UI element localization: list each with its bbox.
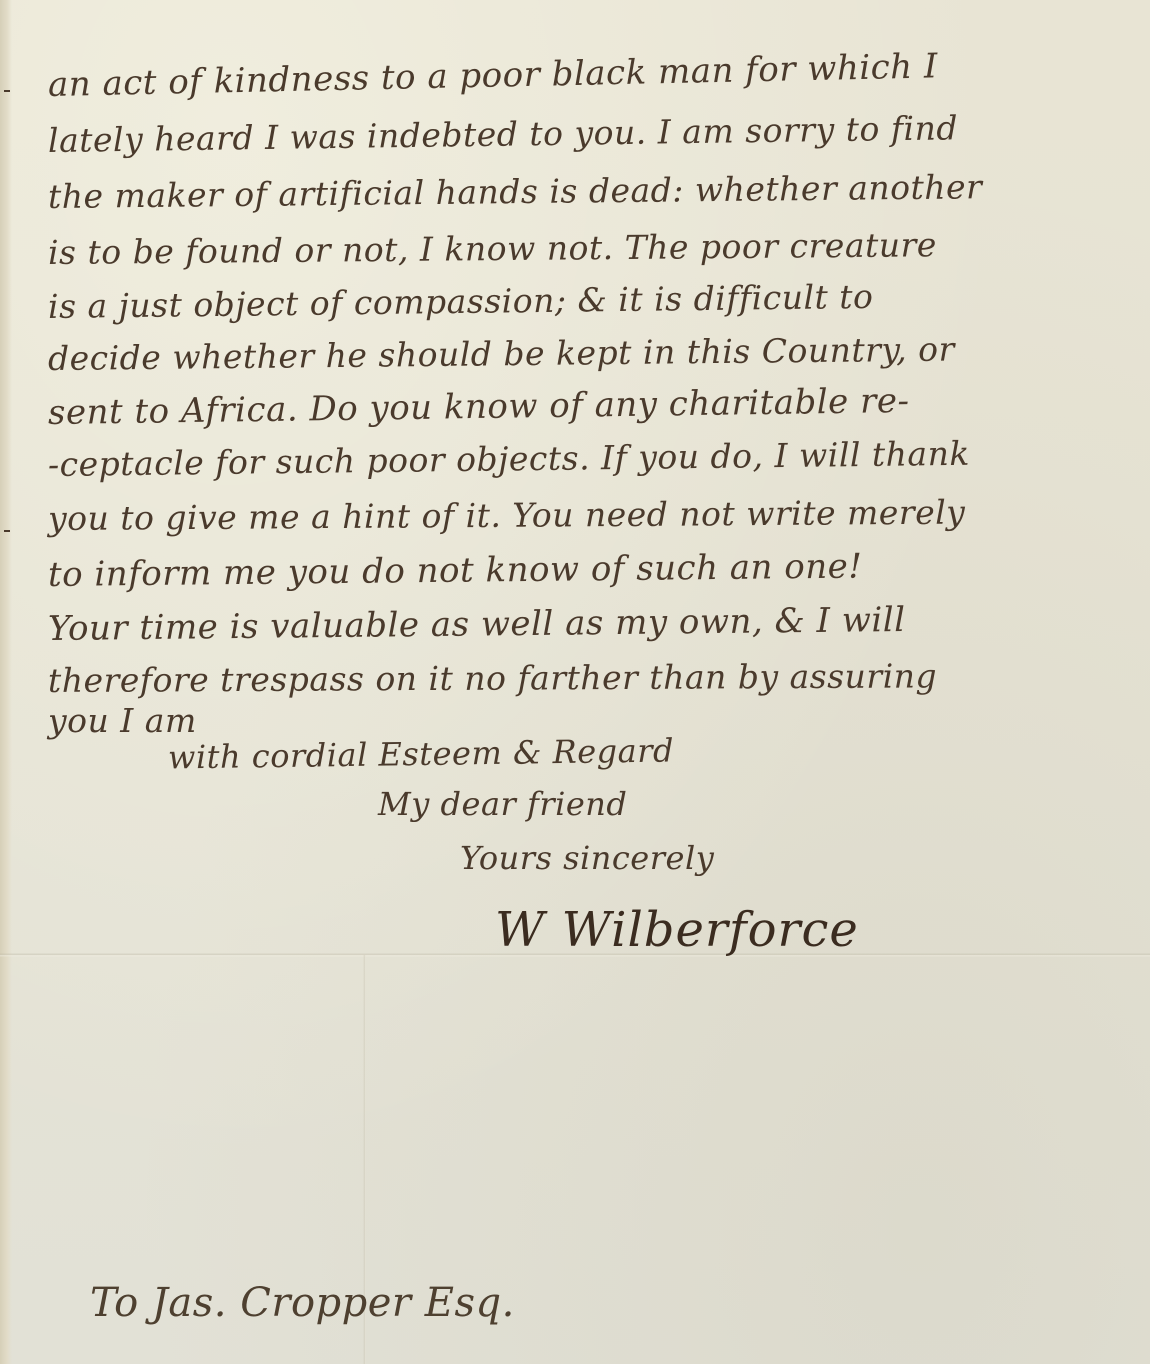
letter-line: to inform me you do not know of such an … <box>48 549 863 592</box>
letter-page: an act of kindness to a poor black man f… <box>0 0 1150 1364</box>
letter-line: sent to Africa. Do you know of any chari… <box>48 384 910 430</box>
letter-line: you I am <box>48 704 197 737</box>
letter-line: is a just object of compassion; & it is … <box>48 280 874 323</box>
letter-line: therefore trespass on it no farther than… <box>48 659 937 697</box>
letter-line: Your time is valuable as well as my own,… <box>48 603 906 646</box>
signature: W Wilberforce <box>495 906 859 954</box>
letter-line: is to be found or not, I know not. The p… <box>48 228 937 269</box>
page-left-edge <box>0 0 12 1364</box>
margin-mark <box>4 530 10 532</box>
letter-line: lately heard I was indebted to you. I am… <box>48 111 958 157</box>
addressee-line: To Jas. Cropper Esq. <box>90 1283 515 1323</box>
closing-line-regard: with cordial Esteem & Regard <box>168 734 674 773</box>
letter-line: -ceptacle for such poor objects. If you … <box>48 437 970 481</box>
closing-line-sincerely: Yours sincerely <box>460 842 714 874</box>
closing-line-salutation: My dear friend <box>378 788 627 820</box>
letter-line: you to give me a hint of it. You need no… <box>48 496 966 535</box>
letter-line: the maker of artificial hands is dead: w… <box>48 170 983 213</box>
margin-mark <box>4 90 10 92</box>
letter-line: an act of kindness to a poor black man f… <box>48 49 939 102</box>
letter-line: decide whether he should be kept in this… <box>48 333 955 375</box>
